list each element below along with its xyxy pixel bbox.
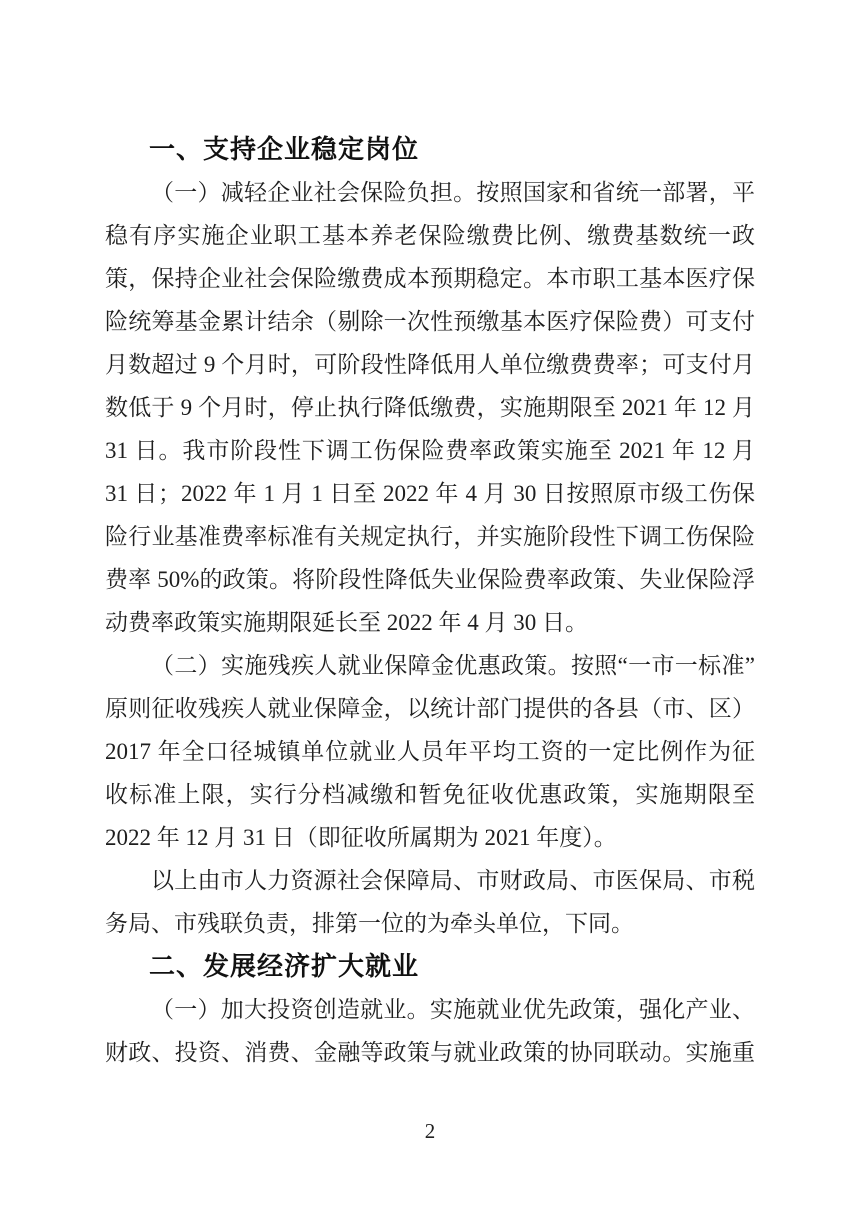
paragraph-line: 原则征收残疾人就业保障金，以统计部门提供的各县（市、区） (105, 687, 755, 730)
paragraph-line: 收标准上限，实行分档减缴和暂免征收优惠政策，实施期限至 (105, 773, 755, 816)
paragraph-line: 策，保持企业社会保险缴费成本预期稳定。本市职工基本医疗保 (105, 257, 755, 300)
paragraph-line: 2017 年全口径城镇单位就业人员年平均工资的一定比例作为征 (105, 730, 755, 773)
document-page: 一、支持企业稳定岗位 （一）减轻企业社会保险负担。按照国家和省统一部署，平 稳有… (0, 0, 860, 1217)
paragraph-line: 数低于 9 个月时，停止执行降低缴费，实施期限至 2021 年 12 月 (105, 386, 755, 429)
section-heading-2: 二、发展经济扩大就业 (105, 945, 755, 988)
paragraph-line: 财政、投资、消费、金融等政策与就业政策的协同联动。实施重 (105, 1031, 755, 1074)
section-heading-1: 一、支持企业稳定岗位 (105, 128, 755, 171)
paragraph-line: 险统筹基金累计结余（剔除一次性预缴基本医疗保险费）可支付 (105, 300, 755, 343)
paragraph-line: 险行业基准费率标准有关规定执行，并实施阶段性下调工伤保险 (105, 515, 755, 558)
paragraph-line: 务局、市残联负责，排第一位的为牵头单位，下同。 (105, 902, 755, 945)
paragraph-line: 2022 年 12 月 31 日（即征收所属期为 2021 年度）。 (105, 816, 755, 859)
paragraph-line: （二）实施残疾人就业保障金优惠政策。按照“一市一标准” (105, 644, 755, 687)
paragraph-line: 月数超过 9 个月时，可阶段性降低用人单位缴费费率；可支付月 (105, 343, 755, 386)
paragraph-line: 稳有序实施企业职工基本养老保险缴费比例、缴费基数统一政 (105, 214, 755, 257)
paragraph-line: 31 日；2022 年 1 月 1 日至 2022 年 4 月 30 日按照原市… (105, 472, 755, 515)
paragraph-line: （一）加大投资创造就业。实施就业优先政策，强化产业、 (105, 988, 755, 1031)
paragraph-line: 31 日。我市阶段性下调工伤保险费率政策实施至 2021 年 12 月 (105, 429, 755, 472)
document-body: 一、支持企业稳定岗位 （一）减轻企业社会保险负担。按照国家和省统一部署，平 稳有… (105, 128, 755, 1074)
paragraph-line: 动费率政策实施期限延长至 2022 年 4 月 30 日。 (105, 601, 755, 644)
paragraph-line: 费率 50%的政策。将阶段性降低失业保险费率政策、失业保险浮 (105, 558, 755, 601)
paragraph-line: 以上由市人力资源社会保障局、市财政局、市医保局、市税 (105, 859, 755, 902)
page-number: 2 (0, 1116, 860, 1146)
paragraph-line: （一）减轻企业社会保险负担。按照国家和省统一部署，平 (105, 171, 755, 214)
